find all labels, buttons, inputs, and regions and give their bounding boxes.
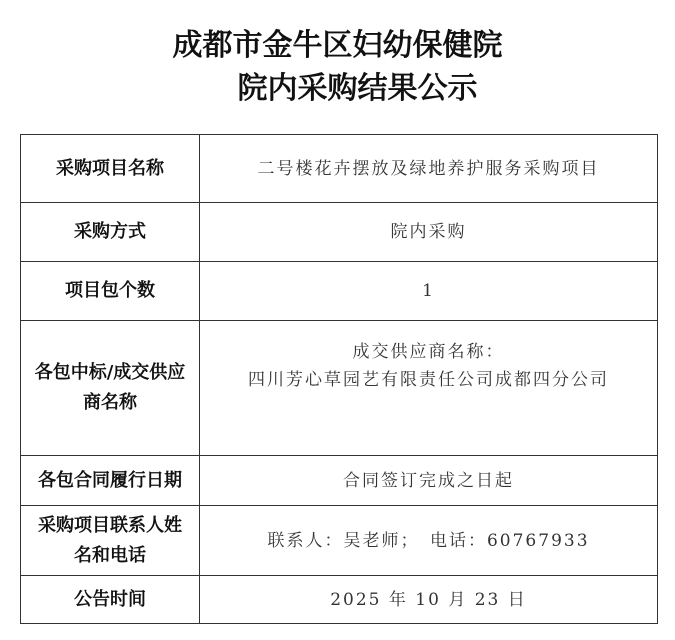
contact-label: 采购项目联系人姓 名和电话 <box>21 506 200 576</box>
table-row: 采购方式 院内采购 <box>21 203 658 262</box>
package-count-value: 1 <box>200 262 658 321</box>
contact-value: 联系人：吴老师； 电话：60767933 <box>200 506 658 576</box>
table-row: 采购项目名称 二号楼花卉摆放及绿地养护服务采购项目 <box>21 135 658 203</box>
procurement-method-value: 院内采购 <box>200 203 658 262</box>
supplier-label: 各包中标/成交供应 商名称 <box>21 321 200 456</box>
document-subtitle: 院内采购结果公示 <box>20 63 675 107</box>
table-row: 采购项目联系人姓 名和电话 联系人：吴老师； 电话：60767933 <box>21 506 658 576</box>
table-row: 各包中标/成交供应 商名称 成交供应商名称： 四川芳心草园艺有限责任公司成都四分… <box>21 321 658 456</box>
supplier-value-heading: 成交供应商名称： <box>204 338 653 366</box>
contact-label-line2: 名和电话 <box>25 541 195 571</box>
contract-date-label: 各包合同履行日期 <box>21 456 200 506</box>
table-row: 各包合同履行日期 合同签订完成之日起 <box>21 456 658 506</box>
procurement-method-label: 采购方式 <box>21 203 200 262</box>
supplier-label-line2: 商名称 <box>25 388 195 418</box>
supplier-name: 四川芳心草园艺有限责任公司成都四分公司 <box>204 366 653 394</box>
announcement-date-label: 公告时间 <box>21 576 200 624</box>
contract-date-value: 合同签订完成之日起 <box>200 456 658 506</box>
procurement-result-table: 采购项目名称 二号楼花卉摆放及绿地养护服务采购项目 采购方式 院内采购 项目包个… <box>20 134 658 624</box>
project-name-value: 二号楼花卉摆放及绿地养护服务采购项目 <box>200 135 658 203</box>
table-row: 项目包个数 1 <box>21 262 658 321</box>
project-name-label: 采购项目名称 <box>21 135 200 203</box>
document-title: 成都市金牛区妇幼保健院 <box>0 20 675 64</box>
table-row: 公告时间 2025 年 10 月 23 日 <box>21 576 658 624</box>
package-count-label: 项目包个数 <box>21 262 200 321</box>
announcement-date-value: 2025 年 10 月 23 日 <box>200 576 658 624</box>
supplier-value: 成交供应商名称： 四川芳心草园艺有限责任公司成都四分公司 <box>200 321 658 456</box>
supplier-label-line1: 各包中标/成交供应 <box>25 358 195 388</box>
contact-label-line1: 采购项目联系人姓 <box>25 511 195 541</box>
